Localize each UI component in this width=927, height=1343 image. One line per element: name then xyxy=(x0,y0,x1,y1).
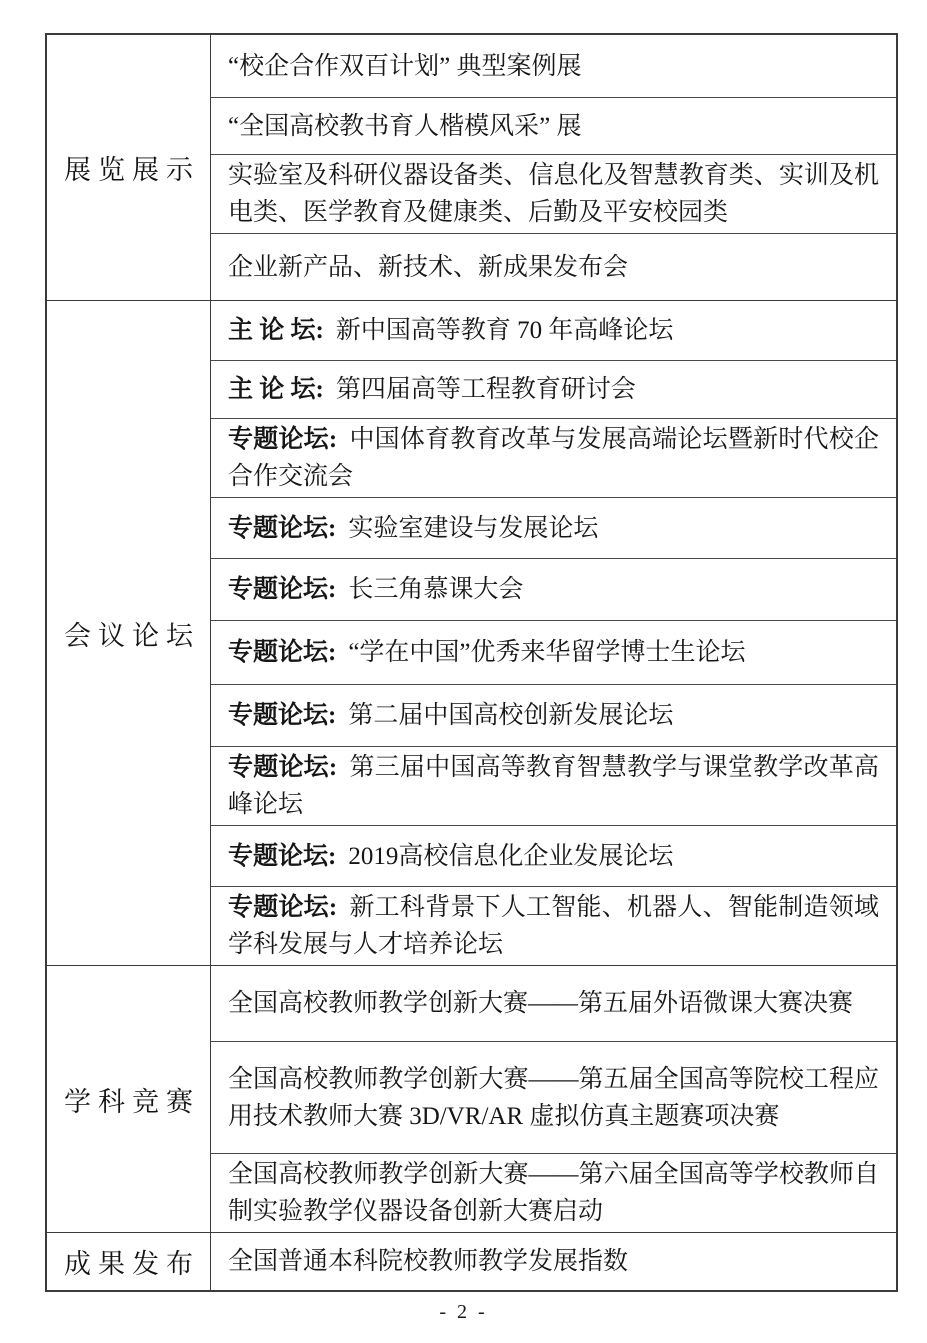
event-text: 专题论坛:“学在中国”优秀来华留学博士生论坛 xyxy=(228,634,879,671)
event-title: “校企合作双百计划” 典型案例展 xyxy=(228,48,879,85)
forum-type-label: 专题论坛: xyxy=(228,576,336,603)
table-row: 主 论 坛:新中国高等教育 70 年高峰论坛 xyxy=(211,301,896,361)
event-title: 第四届高等工程教育研讨会 xyxy=(336,376,636,403)
table-row: 专题论坛:中国体育教育改革与发展高端论坛暨新时代校企合作交流会 xyxy=(211,419,896,498)
schedule-table: 展览展示 “校企合作双百计划” 典型案例展 “全国高校教书育人楷模风采” 展 实… xyxy=(45,33,898,1292)
forum-type-label: 主 论 坛: xyxy=(228,317,324,344)
event-text: 专题论坛:新工科背景下人工智能、机器人、智能制造领域学科发展与人才培养论坛 xyxy=(228,889,879,963)
forum-type-label: 专题论坛: xyxy=(228,639,336,666)
category-cell-forums: 会议论坛 xyxy=(47,301,211,965)
section-forums: 会议论坛 主 论 坛:新中国高等教育 70 年高峰论坛 主 论 坛:第四届高等工… xyxy=(47,301,896,966)
forum-type-label: 专题论坛: xyxy=(228,702,336,729)
table-row: 专题论坛:2019高校信息化企业发展论坛 xyxy=(211,826,896,887)
forum-type-label: 主 论 坛: xyxy=(228,376,324,403)
event-title: “全国高校教书育人楷模风采” 展 xyxy=(228,108,879,145)
table-row: 全国高校教师教学创新大赛——第五届全国高等院校工程应用技术教师大赛 3D/VR/… xyxy=(211,1042,896,1154)
event-text: 专题论坛:实验室建设与发展论坛 xyxy=(228,510,879,547)
event-title: 长三角慕课大会 xyxy=(348,576,523,603)
event-title: 2019高校信息化企业发展论坛 xyxy=(348,843,673,870)
table-row: 实验室及科研仪器设备类、信息化及智慧教育类、实训及机电类、医学教育及健康类、后勤… xyxy=(211,155,896,234)
event-title: 第二届中国高校创新发展论坛 xyxy=(348,702,673,729)
section-results: 成果发布 全国普通本科院校教师教学发展指数 xyxy=(47,1233,896,1290)
category-cell-results: 成果发布 xyxy=(47,1233,211,1290)
table-row: 专题论坛:第二届中国高校创新发展论坛 xyxy=(211,685,896,747)
category-cell-competitions: 学科竞赛 xyxy=(47,966,211,1232)
event-title: 全国高校教师教学创新大赛——第五届全国高等院校工程应用技术教师大赛 3D/VR/… xyxy=(228,1061,879,1135)
table-row: “全国高校教书育人楷模风采” 展 xyxy=(211,98,896,155)
table-row: 专题论坛:第三届中国高等教育智慧教学与课堂教学改革高峰论坛 xyxy=(211,747,896,826)
event-text: 主 论 坛:新中国高等教育 70 年高峰论坛 xyxy=(228,312,879,349)
forum-type-label: 专题论坛: xyxy=(228,426,337,453)
event-text: 主 论 坛:第四届高等工程教育研讨会 xyxy=(228,371,879,408)
event-text: 专题论坛:长三角慕课大会 xyxy=(228,571,879,608)
table-row: “校企合作双百计划” 典型案例展 xyxy=(211,35,896,98)
table-row: 全国普通本科院校教师教学发展指数 xyxy=(211,1233,896,1290)
section-exhibition: 展览展示 “校企合作双百计划” 典型案例展 “全国高校教书育人楷模风采” 展 实… xyxy=(47,35,896,301)
section-rows: “校企合作双百计划” 典型案例展 “全国高校教书育人楷模风采” 展 实验室及科研… xyxy=(211,35,896,300)
event-title: 全国普通本科院校教师教学发展指数 xyxy=(228,1243,879,1280)
section-competitions: 学科竞赛 全国高校教师教学创新大赛——第五届外语微课大赛决赛 全国高校教师教学创… xyxy=(47,966,896,1233)
event-title: 企业新产品、新技术、新成果发布会 xyxy=(228,249,879,286)
category-label: 会议论坛 xyxy=(57,614,200,653)
forum-type-label: 专题论坛: xyxy=(228,515,336,542)
event-text: 专题论坛:2019高校信息化企业发展论坛 xyxy=(228,838,879,875)
category-label: 学科竞赛 xyxy=(57,1080,200,1119)
category-label: 成果发布 xyxy=(57,1242,200,1281)
event-title: “学在中国”优秀来华留学博士生论坛 xyxy=(348,639,745,666)
table-row: 专题论坛:实验室建设与发展论坛 xyxy=(211,498,896,559)
table-row: 全国高校教师教学创新大赛——第五届外语微课大赛决赛 xyxy=(211,966,896,1042)
page-number: - 2 - xyxy=(0,1301,927,1324)
category-label: 展览展示 xyxy=(57,148,200,187)
section-rows: 全国普通本科院校教师教学发展指数 xyxy=(211,1233,896,1290)
section-rows: 全国高校教师教学创新大赛——第五届外语微课大赛决赛 全国高校教师教学创新大赛——… xyxy=(211,966,896,1232)
event-title: 实验室及科研仪器设备类、信息化及智慧教育类、实训及机电类、医学教育及健康类、后勤… xyxy=(228,157,879,231)
event-text: 专题论坛:第二届中国高校创新发展论坛 xyxy=(228,697,879,734)
event-title: 全国高校教师教学创新大赛——第五届外语微课大赛决赛 xyxy=(228,985,879,1022)
event-text: 专题论坛:中国体育教育改革与发展高端论坛暨新时代校企合作交流会 xyxy=(228,421,879,495)
event-title: 实验室建设与发展论坛 xyxy=(348,515,598,542)
category-cell-exhibition: 展览展示 xyxy=(47,35,211,300)
table-row: 主 论 坛:第四届高等工程教育研讨会 xyxy=(211,361,896,419)
forum-type-label: 专题论坛: xyxy=(228,843,336,870)
table-row: 专题论坛:“学在中国”优秀来华留学博士生论坛 xyxy=(211,621,896,685)
table-row: 专题论坛:新工科背景下人工智能、机器人、智能制造领域学科发展与人才培养论坛 xyxy=(211,887,896,965)
forum-type-label: 专题论坛: xyxy=(228,754,337,781)
event-text: 专题论坛:第三届中国高等教育智慧教学与课堂教学改革高峰论坛 xyxy=(228,749,879,823)
event-title: 新中国高等教育 70 年高峰论坛 xyxy=(336,317,674,344)
table-row: 企业新产品、新技术、新成果发布会 xyxy=(211,234,896,300)
forum-type-label: 专题论坛: xyxy=(228,894,337,921)
section-rows: 主 论 坛:新中国高等教育 70 年高峰论坛 主 论 坛:第四届高等工程教育研讨… xyxy=(211,301,896,965)
table-row: 全国高校教师教学创新大赛——第六届全国高等学校教师自制实验教学仪器设备创新大赛启… xyxy=(211,1154,896,1232)
table-row: 专题论坛:长三角慕课大会 xyxy=(211,559,896,621)
event-title: 全国高校教师教学创新大赛——第六届全国高等学校教师自制实验教学仪器设备创新大赛启… xyxy=(228,1156,879,1230)
